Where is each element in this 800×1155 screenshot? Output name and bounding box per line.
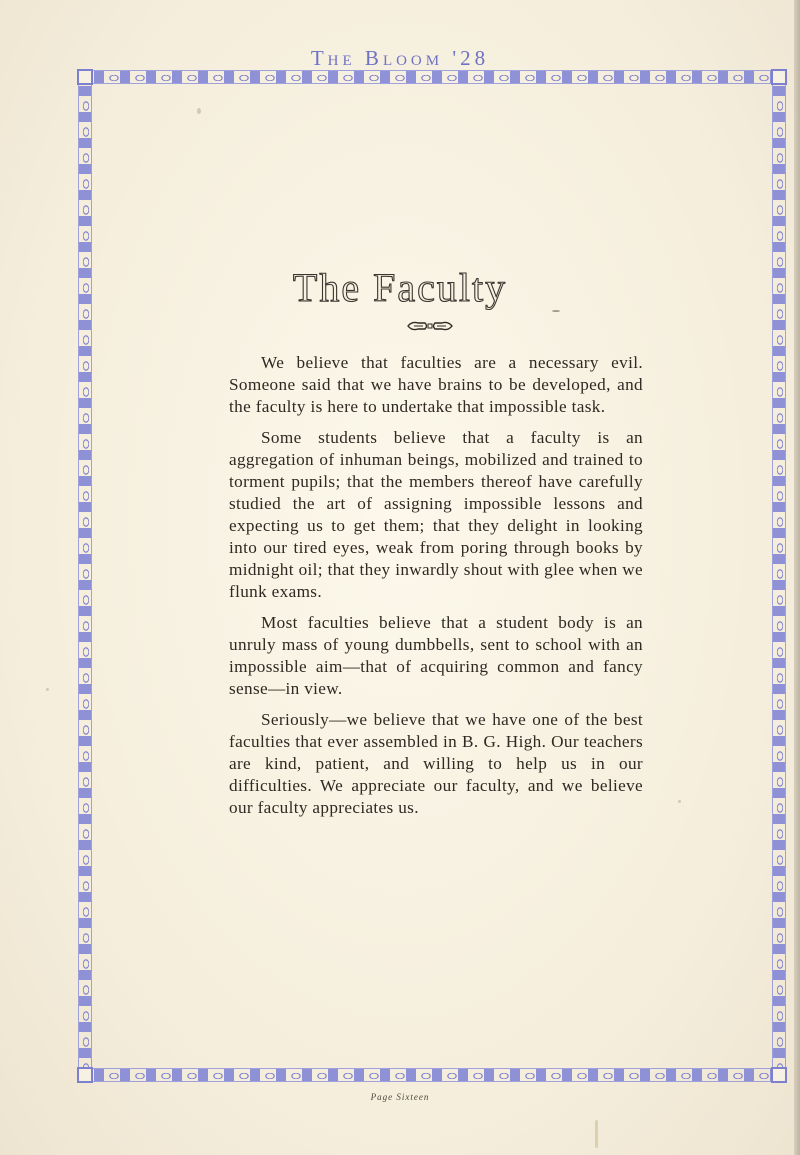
page-edge	[794, 0, 800, 1155]
paragraph: Most faculties believe that a student bo…	[229, 612, 643, 700]
paragraph: Some students believe that a faculty is …	[229, 427, 643, 603]
divider-ornament-icon	[380, 320, 480, 334]
border-bottom	[78, 1068, 786, 1082]
paper-speck	[197, 108, 201, 114]
border-corner-icon	[77, 1067, 93, 1083]
paper-speck	[552, 310, 560, 312]
paper-speck	[46, 688, 49, 691]
page-number: Page Sixteen	[0, 1092, 800, 1102]
running-head: The Bloom '28	[0, 46, 800, 71]
border-left	[78, 70, 92, 1082]
paragraph: Seriously—we believe that we have one of…	[229, 709, 643, 819]
paper-mark	[595, 1120, 598, 1148]
border-top	[78, 70, 786, 84]
paper-speck	[678, 800, 681, 803]
border-corner-icon	[771, 69, 787, 85]
border-right	[772, 70, 786, 1082]
article-body: We believe that faculties are a necessar…	[229, 352, 643, 828]
border-corner-icon	[771, 1067, 787, 1083]
paragraph: We believe that faculties are a necessar…	[229, 352, 643, 418]
border-corner-icon	[77, 69, 93, 85]
page-title: The Faculty	[0, 264, 800, 311]
